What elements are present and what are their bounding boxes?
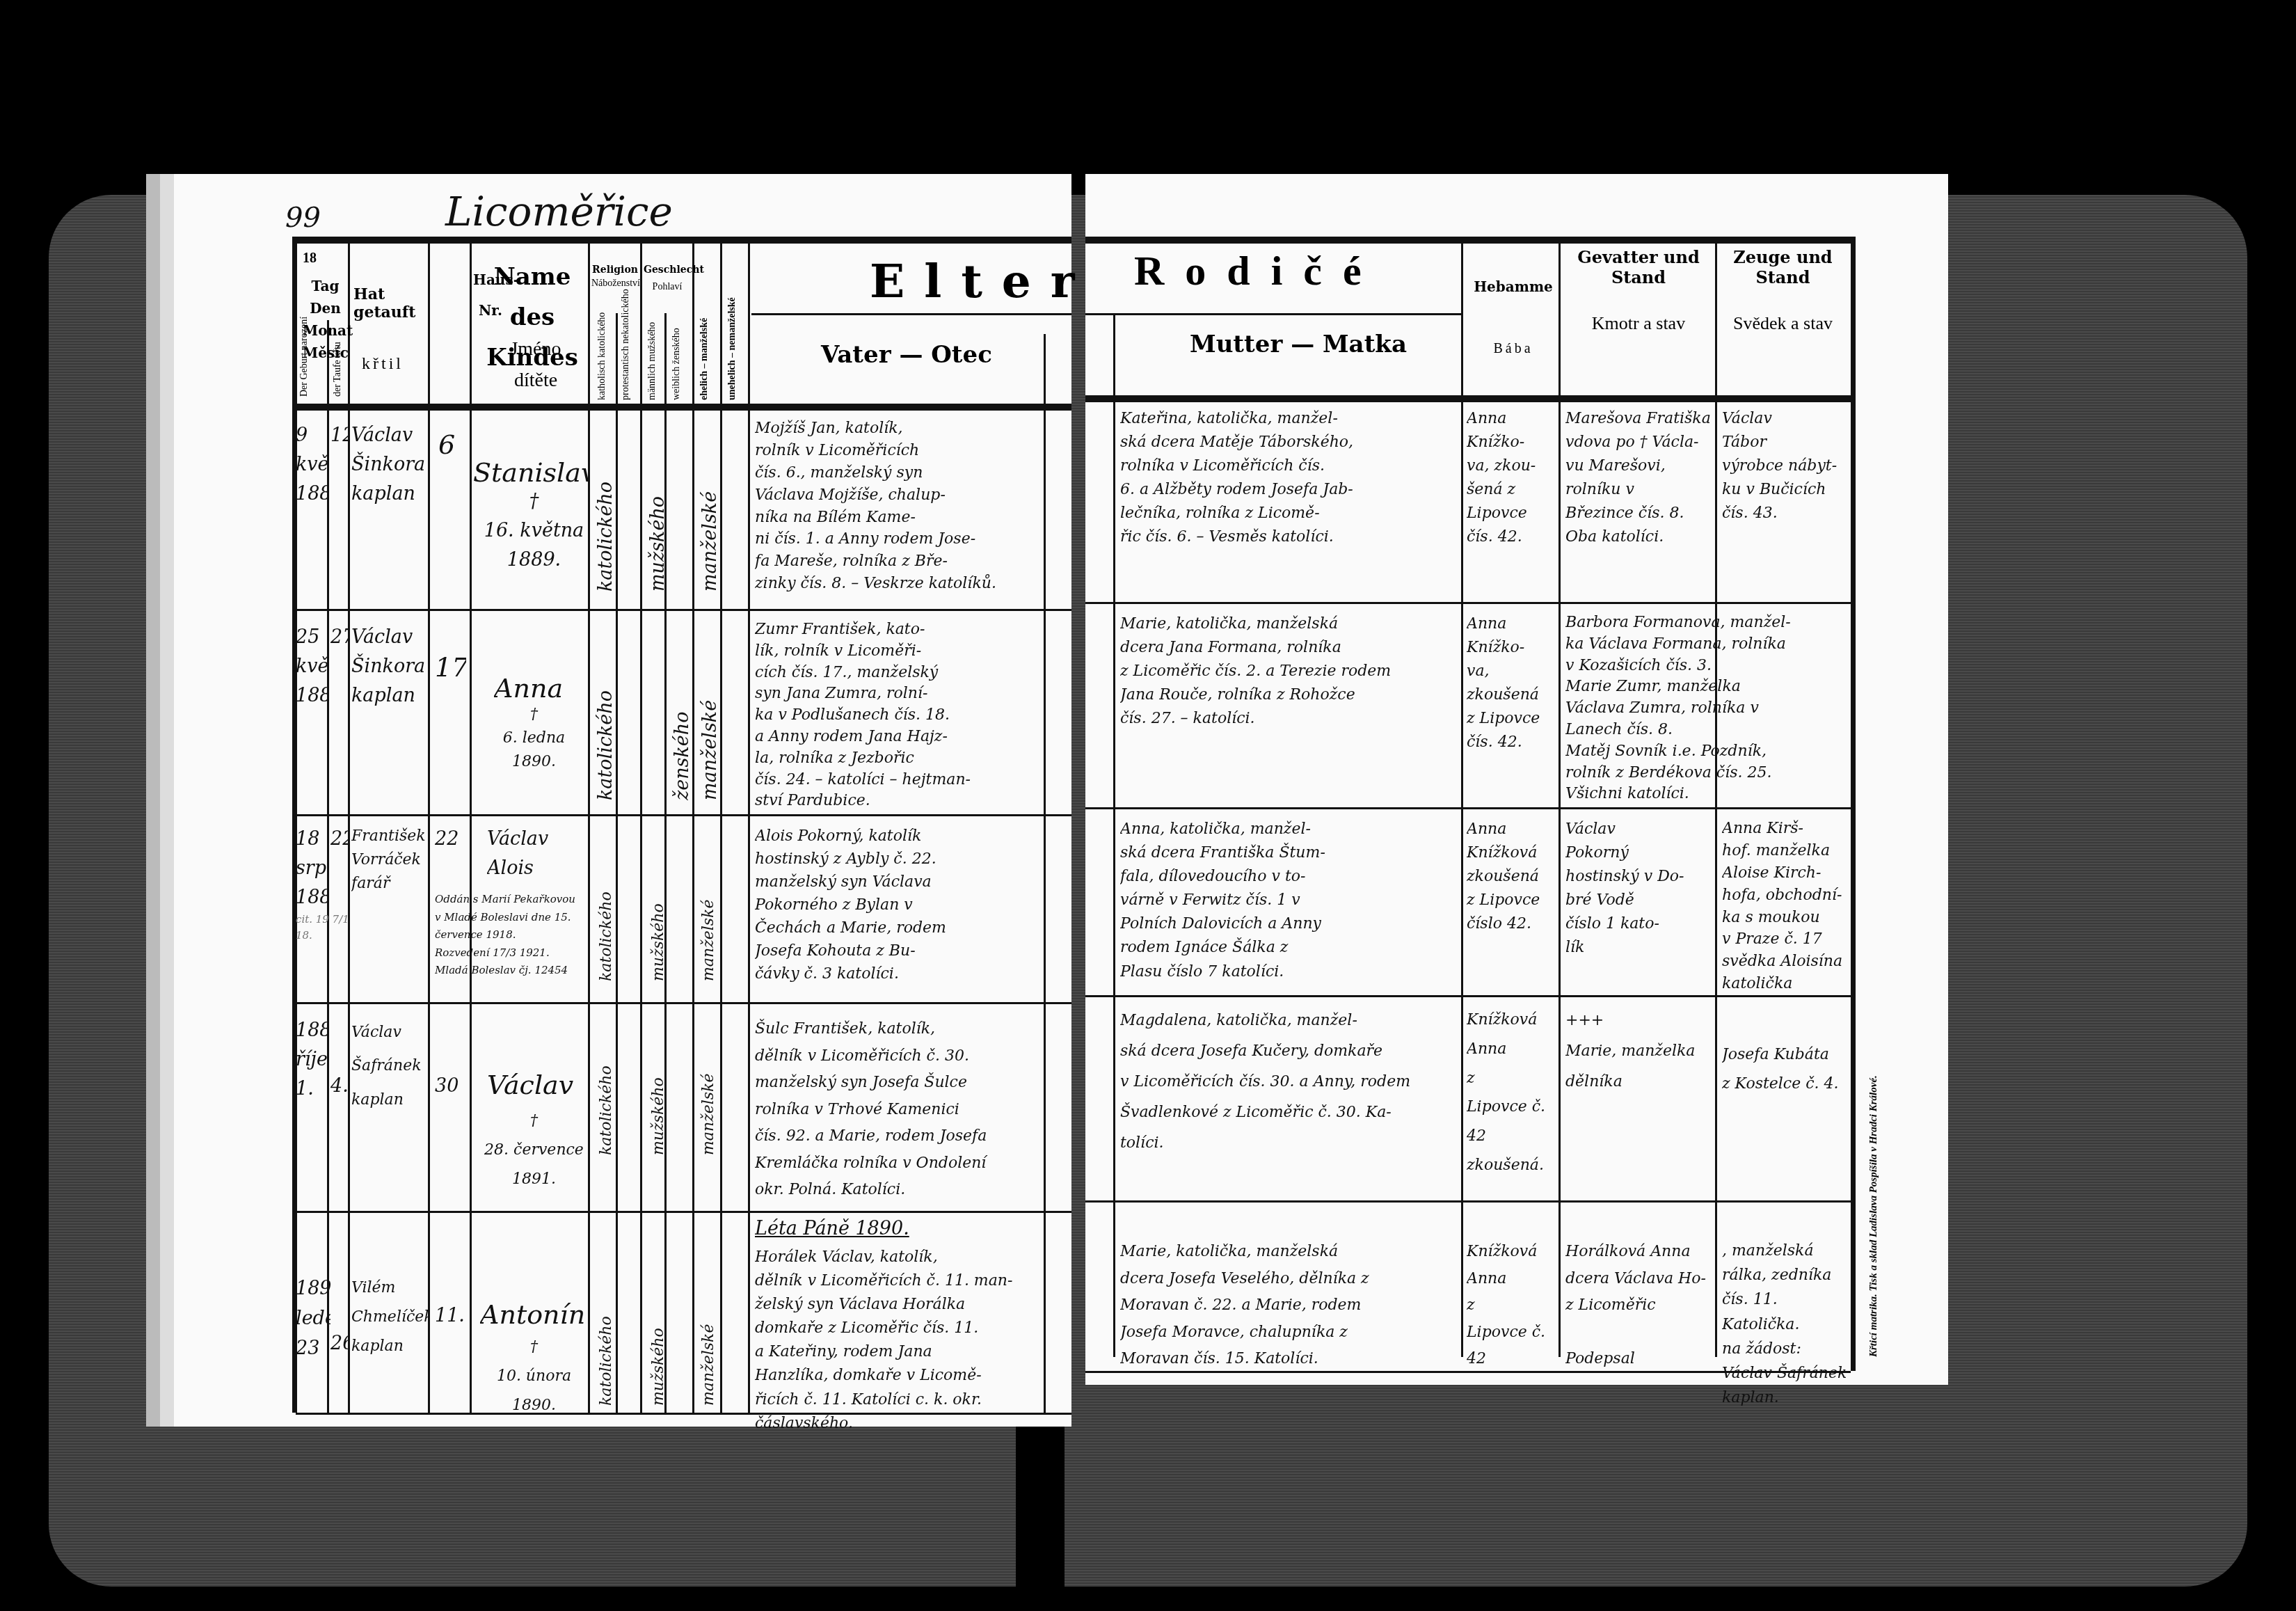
entry-3-legitimacy: manželské — [697, 842, 721, 981]
entry-5-religion: katolického — [595, 1287, 619, 1406]
header-bottom-rule — [292, 404, 1071, 411]
header-father: Vater — Otec — [821, 341, 992, 369]
place-title: Licoměřice — [445, 188, 673, 235]
entry-1-baptism: 12 — [330, 421, 348, 450]
col-line — [428, 244, 430, 1413]
entry-5-midwife: Knížková Anna z Lipovce č. 42 — [1467, 1239, 1557, 1373]
entry-1-godparent: Marešova Fratiška vdova po † Václa- vu M… — [1565, 407, 1712, 550]
entry-1-child-death: † 16. května 1889. — [480, 487, 588, 575]
entry-3-sex: mužského — [647, 842, 671, 981]
entry-4-birth: 1889 říjen 1. — [296, 1016, 327, 1104]
entry-1-house: 6 — [438, 424, 466, 466]
page-number: 99 — [285, 202, 321, 234]
header-religion: Religion — [591, 264, 639, 276]
header-catholic: katholisch katolického — [597, 320, 608, 400]
entry-3-baptism: 22 — [330, 825, 348, 854]
entry-4-baptism: 4. — [330, 1072, 348, 1101]
entry-2-house: 17 — [435, 647, 466, 688]
row-separator — [1085, 602, 1851, 604]
header-bottom-rule — [1085, 395, 1851, 402]
header-child-name-cz: Jméno dítěte — [487, 334, 584, 397]
entry-5-priest: Vilém Chmelíček kaplan — [351, 1273, 428, 1360]
entry-4-witness: Josefa Kubáta z Kostelce č. 4. — [1722, 1040, 1847, 1099]
entry-1-sex: mužského — [644, 424, 673, 592]
entry-4-midwife: Knížková Anna z Lipovce č. 42 zkoušená. — [1467, 1006, 1557, 1180]
header-sex-cz: Pohlaví — [644, 282, 691, 293]
entry-4-godparent: +++ Marie, manželka dělníka — [1565, 1006, 1712, 1097]
header-midwife: Hebamme — [1472, 278, 1555, 295]
entry-3-child: Václav Alois — [487, 825, 588, 883]
entry-1-birth: 9 května 1889 — [296, 421, 327, 509]
col-line — [1461, 244, 1463, 1357]
entry-2-religion: katolického — [591, 626, 621, 800]
entry-5-godparent: Horálková Anna dcera Václava Ho- z Licom… — [1565, 1239, 1712, 1373]
row-separator — [1085, 807, 1851, 809]
entry-5-father: Horálek Václav, katolík, dělník v Licomě… — [755, 1246, 1047, 1436]
entry-2-midwife: Anna Knížko- va, zkoušená z Lipovce čís.… — [1467, 612, 1557, 755]
entry-4-father: Šulc František, katolík, dělník v Licomě… — [755, 1016, 1040, 1204]
header-midwife-cz: Bába — [1472, 341, 1555, 357]
sub-rule — [751, 313, 1071, 315]
header-birth: Der Geburt narození — [299, 334, 310, 397]
col-line — [720, 244, 722, 1413]
entry-4-religion: katolického — [595, 1030, 619, 1155]
entry-5-birth: 1890 leden 23 — [296, 1273, 330, 1364]
entry-1-religion: katolického — [591, 424, 621, 592]
entry-1-midwife: Anna Knížko- va, zkou- šená z Lipovce čí… — [1467, 407, 1557, 550]
header-baptism: der Taufe křtu — [333, 334, 344, 397]
header-religion-cz: Náboženství — [591, 278, 639, 289]
col-line — [588, 244, 590, 1413]
entry-5-baptism: 26 — [330, 1329, 348, 1358]
entry-5-child-death: † 10. února 1890. — [480, 1333, 588, 1420]
entry-2-priest: Václav Šinkora kaplan — [351, 623, 428, 711]
right-page: Rodičé Mutter — Matka Hebamme Bába Gevat… — [1085, 174, 1948, 1385]
col-line — [348, 244, 350, 1413]
entry-3-godparent: Václav Pokorný hostinský v Do- bré Vodě … — [1565, 818, 1712, 960]
sub-rule — [1085, 313, 1461, 315]
col-line — [1558, 244, 1561, 1357]
col-line — [748, 244, 750, 1413]
entry-3-house: 22 — [435, 825, 466, 854]
col-line — [327, 320, 329, 1413]
entry-1-mother: Kateřina, katolička, manžel- ská dcera M… — [1120, 407, 1458, 550]
entry-4-sex: mužského — [647, 1030, 671, 1155]
entry-4-child: Václav — [487, 1065, 588, 1106]
entry-1-father: Mojžíš Jan, katolík, rolník v Licoměřicí… — [755, 418, 1040, 595]
entry-4-priest: Václav Šafránek kaplan — [351, 1016, 428, 1117]
entry-3-midwife: Anna Knížková zkoušená z Lipovce číslo 4… — [1467, 818, 1557, 936]
entry-5-sex: mužského — [647, 1287, 671, 1406]
row-separator — [296, 814, 1071, 816]
printer-imprint: Křticí matrika. Tisk a sklad Ladislava P… — [1868, 995, 1880, 1357]
entry-2-baptism: 27 — [330, 623, 348, 652]
col-line — [640, 244, 642, 1413]
entry-1-witness: Václav Tábor výrobce nábyt- ku v Bučicíc… — [1722, 407, 1847, 525]
entry-5-house: 11. — [435, 1301, 466, 1331]
header-illegit: unehelich – nemanželské — [727, 257, 738, 400]
col-line — [692, 244, 694, 1413]
entry-2-sex: ženského — [668, 626, 697, 800]
header-top-rule — [292, 237, 1071, 244]
entry-1-priest: Václav Šinkora kaplan — [351, 421, 428, 509]
row-separator — [296, 1002, 1071, 1004]
entry-1-legitimacy: manželské — [696, 424, 725, 592]
entry-3-birth: 18 srpna 1889. — [296, 825, 327, 912]
entry-5-witness: , manželská rálka, zedníka čís. 11. Kato… — [1722, 1239, 1847, 1410]
entry-5-child: Antonín — [480, 1294, 588, 1335]
entry-2-birth: 25 května 1889 — [296, 623, 327, 711]
header-female: weiblich ženského — [671, 320, 683, 400]
entry-5-legitimacy: manželské — [697, 1287, 721, 1406]
entry-3-witness: Anna Kirš- hof. manželka Aloise Kirch- h… — [1722, 818, 1847, 995]
row-separator — [1085, 1200, 1851, 1203]
header-witnesses: Zeuge und Stand — [1719, 247, 1847, 287]
header-witnesses-cz: Svědek a stav — [1719, 313, 1847, 334]
entry-2-godparent: Barbora Formanova, manžel- ka Václava Fo… — [1565, 612, 1844, 805]
header-sex: Geschlecht — [644, 264, 691, 276]
row-separator — [1085, 995, 1851, 997]
row-separator — [296, 609, 1071, 611]
entry-5-mother: Marie, katolička, manželská dcera Josefa… — [1120, 1239, 1458, 1373]
entry-3-priest: František Vorráček farář — [351, 825, 428, 896]
entry-3-mother: Anna, katolička, manžel- ská dcera Frant… — [1120, 818, 1458, 984]
entry-4-child-death: † 28. července 1891. — [480, 1106, 588, 1193]
header-godparents: Gevatter und Stand — [1565, 247, 1712, 287]
entry-2-legitimacy: manželské — [696, 626, 725, 800]
entry-4-mother: Magdalena, katolička, manžel- ská dcera … — [1120, 1006, 1458, 1159]
entry-2-mother: Marie, katolička, manželská dcera Jana F… — [1120, 612, 1458, 731]
row-separator — [296, 1211, 1071, 1213]
right-border — [1851, 237, 1856, 1371]
header-legit: ehelich – manželské — [699, 285, 710, 400]
left-page: 99 Licoměřice 18 Tag Den Monat Měsíc Der… — [174, 174, 1071, 1427]
section-heading-1890: Léta Páně 1890. — [755, 1214, 964, 1244]
year-prefix: 18 — [303, 251, 317, 267]
header-godparents-cz: Kmotr a stav — [1565, 313, 1712, 334]
entry-3-margin-note: cit. 19 7/1 18. — [296, 912, 351, 944]
header-top-rule — [1085, 237, 1851, 244]
header-baptized-by-cz: křtil — [362, 355, 404, 374]
entry-3-marriage-note: Oddán s Marií Pekařkovou v Mladé Bolesla… — [435, 891, 588, 980]
entry-2-child-death: † 6. ledna 1890. — [480, 703, 588, 774]
header-male: männlich mužského — [647, 320, 658, 400]
entry-2-father: Zumr František, kato- lík, rolník v Lico… — [755, 619, 1040, 812]
entry-4-house: 30 — [435, 1072, 466, 1101]
header-parents-cz: Rodičé — [1134, 247, 1382, 295]
col-line — [470, 244, 472, 1413]
header-baptized-by: Hat getauft — [353, 285, 426, 322]
entry-3-father: Alois Pokorný, katolík hostinský z Aybly… — [755, 825, 1040, 985]
entry-3-religion: katolického — [595, 842, 619, 981]
header-mother: Mutter — Matka — [1190, 331, 1407, 358]
entry-4-legitimacy: manželské — [697, 1030, 721, 1155]
header-protestant: protestantisch nekatolického — [621, 320, 632, 400]
